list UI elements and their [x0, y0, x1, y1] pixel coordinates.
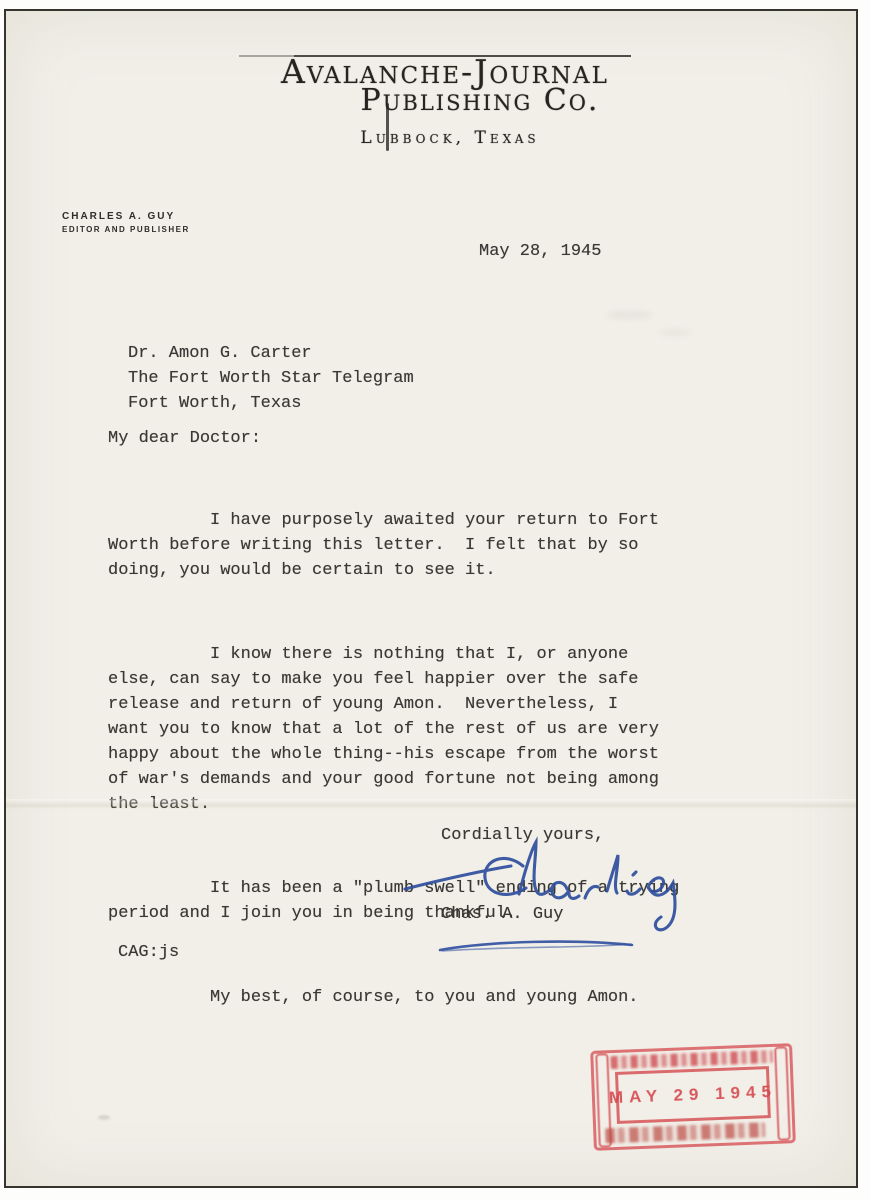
company-name-line2: Publishing Co. — [34, 86, 856, 116]
received-date-stamp: MAY 29 1945 — [590, 1043, 796, 1151]
ink-speck — [98, 1115, 110, 1120]
company-location: Lubbock, Texas — [34, 128, 856, 148]
letter-date: May 28, 1945 — [479, 239, 601, 264]
officer-block: CHARLES A. GUY EDITOR AND PUBLISHER — [62, 211, 190, 234]
stamp-date: MAY 29 1945 — [609, 1082, 778, 1108]
stamp-inner-box: MAY 29 1945 — [615, 1066, 771, 1124]
officer-name: CHARLES A. GUY — [62, 211, 190, 222]
officer-title: EDITOR AND PUBLISHER — [62, 225, 190, 234]
letter-page: Avalanche-Journal Publishing Co. Lubbock… — [4, 9, 858, 1188]
paragraph-2: I know there is nothing that I, or anyon… — [108, 642, 728, 817]
pencil-smudge — [606, 311, 652, 319]
signature-underline-flourish — [436, 935, 636, 957]
recipient-address: Dr. Amon G. Carter The Fort Worth Star T… — [128, 341, 414, 416]
letter-body: I have purposely awaited your return to … — [108, 458, 728, 1069]
pencil-smudge — [658, 329, 692, 336]
letterhead-logo: Avalanche-Journal Publishing Co. Lubbock… — [6, 55, 856, 148]
paragraph-4: My best, of course, to you and young Amo… — [108, 985, 728, 1010]
typed-signature-name: Chas. A. Guy — [441, 902, 563, 927]
reference-initials: CAG:js — [118, 940, 179, 965]
paragraph-1: I have purposely awaited your return to … — [108, 508, 728, 583]
salutation: My dear Doctor: — [108, 426, 261, 451]
